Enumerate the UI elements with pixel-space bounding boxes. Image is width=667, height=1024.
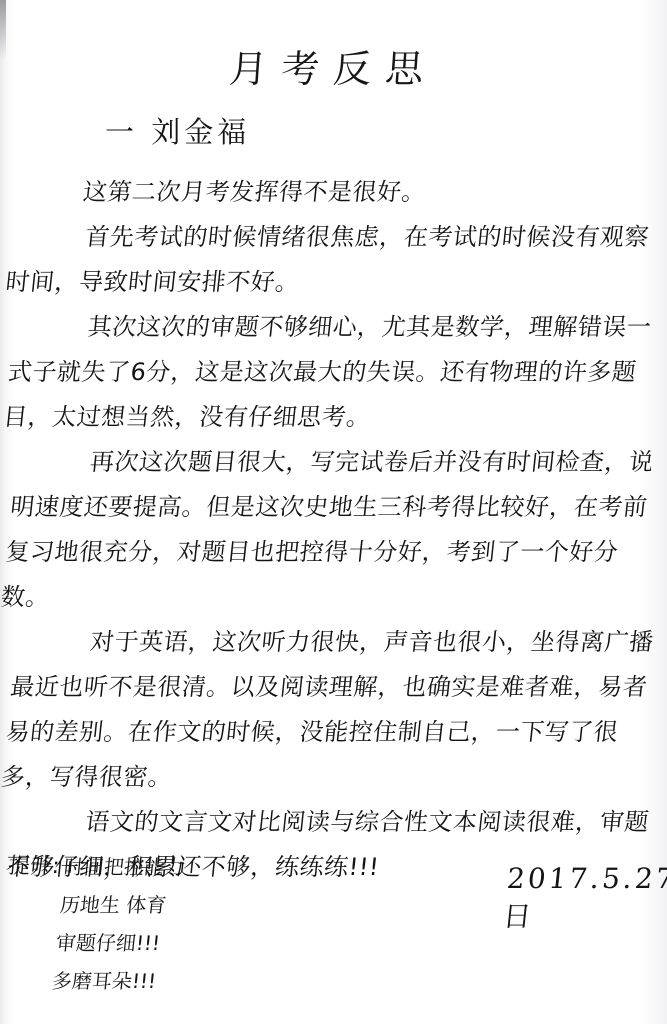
document-title: 月考反思	[0, 38, 667, 93]
improvement-item: 多磨耳朵!!!	[50, 962, 174, 1000]
improvement-list: 时间把控能力 历地生 体育 审题仔细!!! 多磨耳朵!!!	[50, 848, 186, 1000]
paragraph-english: 对于英语，这次听力很快，声音也很小，坐得离广播最近也听不是很清。以及阅读理解，也…	[0, 620, 667, 800]
improvement-section: 提升: 时间把控能力 历地生 体育 审题仔细!!! 多磨耳朵!!!	[0, 848, 186, 1000]
paragraph-speed: 再次这次题目很大，写完试卷后并没有时间检查，说明速度还要提高。但是这次史地生三科…	[0, 440, 667, 620]
improvement-item: 审题仔细!!!	[54, 924, 178, 962]
author-name: 一 刘金福	[105, 110, 250, 151]
reflection-body: 这第二次月考发挥得不是很好。 首先考试的时候情绪很焦虑，在考试的时候没有观察时间…	[8, 170, 658, 890]
document-date: 2017.5.27日	[501, 862, 667, 935]
improvement-item: 历地生 体育	[58, 886, 182, 924]
paragraph-intro: 这第二次月考发挥得不是很好。	[6, 170, 661, 215]
paragraph-emotions: 首先考试的时候情绪很焦虑，在考试的时候没有观察时间，导致时间安排不好。	[3, 215, 662, 305]
improvement-item: 时间把控能力	[62, 848, 186, 886]
paragraph-careless: 其次这次的审题不够细心，尤其是数学，理解错误一式子就失了6分，这是这次最大的失误…	[1, 305, 665, 440]
handwritten-page: 月考反思 一 刘金福 这第二次月考发挥得不是很好。 首先考试的时候情绪很焦虑，在…	[0, 0, 667, 1024]
